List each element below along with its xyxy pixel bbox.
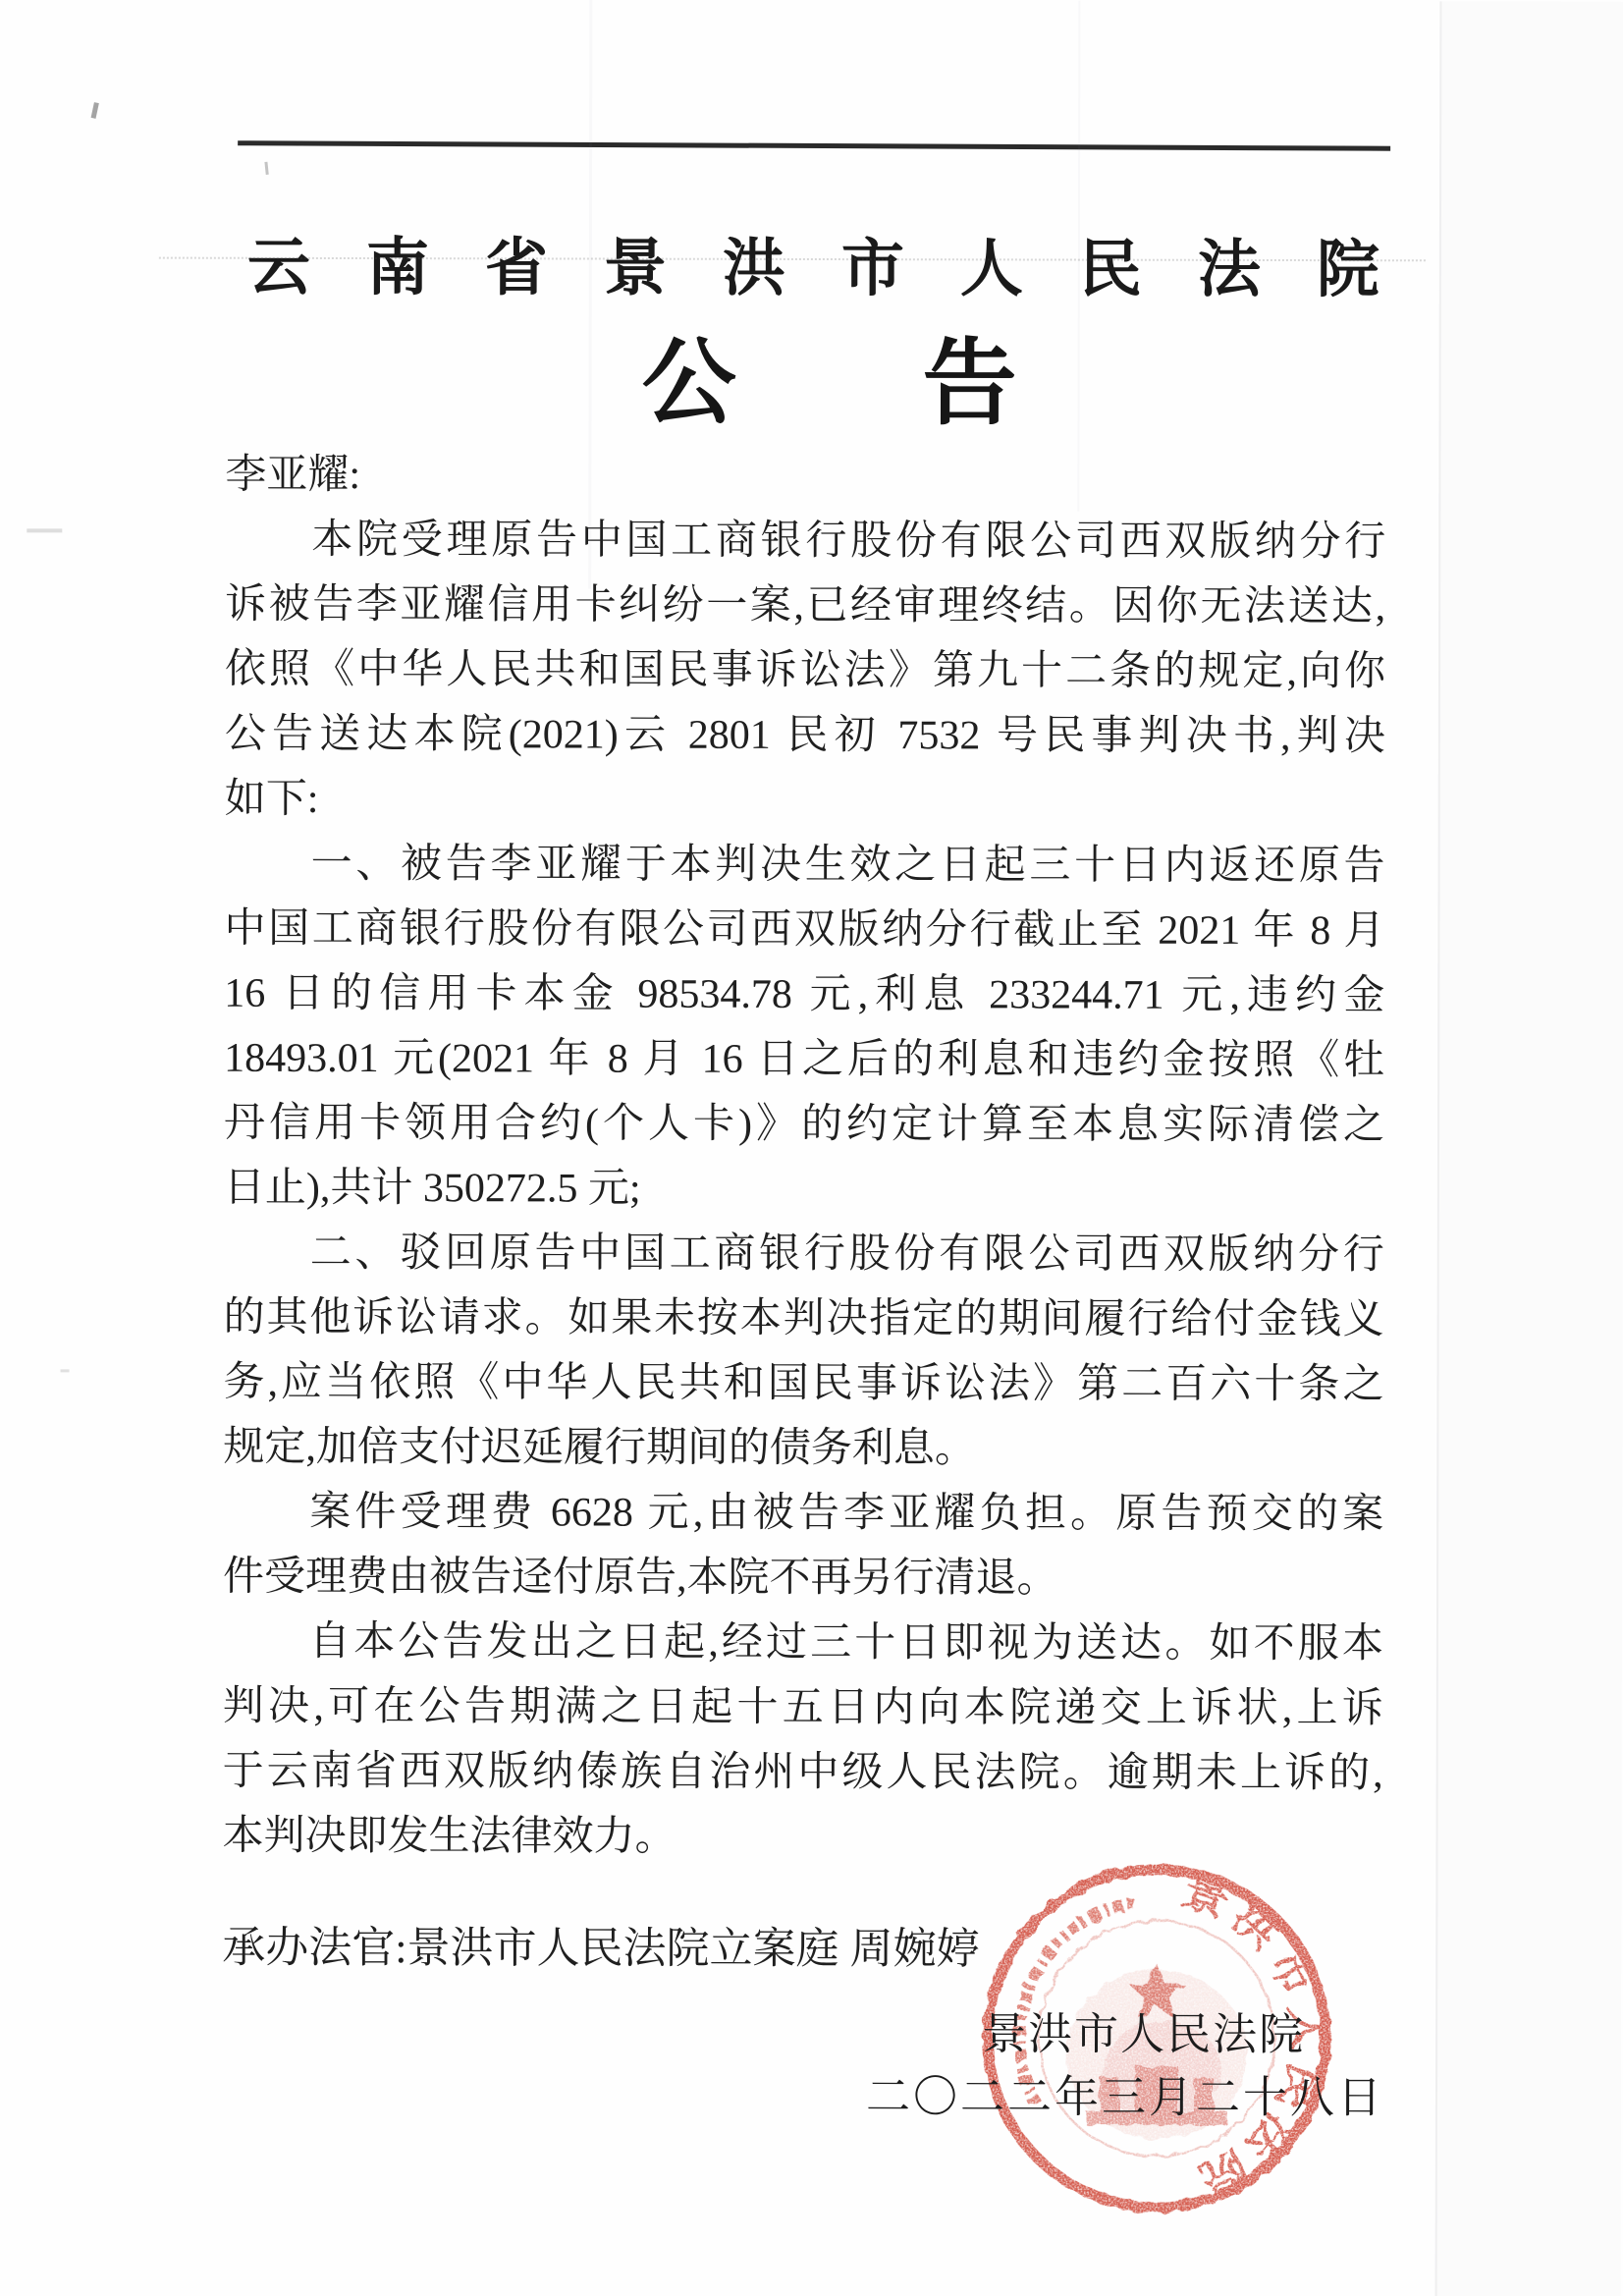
body-line: 依照《中华人民共和国民事诉讼法》第九十二条的规定,向你 — [225, 637, 1385, 704]
scan-artifact-speck — [27, 528, 62, 532]
header-rule — [238, 140, 1390, 151]
scan-artifact-page-edge — [1435, 1, 1442, 2296]
body-line: 务,应当依照《中华人民共和国民事诉讼法》第二百六十条之 — [223, 1350, 1383, 1417]
body-line: 的其他诉讼请求。如果未按本判决指定的期间履行给付金钱义 — [224, 1285, 1384, 1352]
body-line: 案件受理费 6628 元,由被告李亚耀负担。原告预交的案 — [223, 1480, 1383, 1547]
body-line: 件受理费由被告迳付原告,本院不再另行清退。 — [223, 1545, 1383, 1612]
body-line: 丹信用卡领用合约(个人卡)》的约定计算至本息实际清偿之 — [224, 1091, 1384, 1158]
notice-heading: 公告 — [642, 308, 1204, 444]
body-line: 18493.01 元(2021 年 8 月 16 日之后的利息和违约金按照《牡 — [224, 1026, 1384, 1093]
scan-artifact-edge-strip — [1437, 1, 1623, 2296]
body-line: 本判决即发生法律效力。 — [222, 1804, 1382, 1871]
judge-line: 承办法官:景洪市人民法院立案庭 周婉婷 — [222, 1912, 979, 1977]
document-content: 云南省景洪市人民法院 公告 李亚耀:本院受理原告中国工商银行股份有限公司西双版纳… — [0, 0, 1623, 2296]
page-background: 云南省景洪市人民法院 公告 李亚耀:本院受理原告中国工商银行股份有限公司西双版纳… — [0, 0, 1623, 2296]
body-line: 判决,可在公告期满之日起十五日内向本院递交上诉状,上诉 — [223, 1674, 1383, 1741]
court-title: 云南省景洪市人民法院 — [247, 217, 1435, 310]
body-line: 于云南省西双版纳傣族自治州中级人民法院。逾期未上诉的, — [223, 1739, 1383, 1806]
body-line: 规定,加倍支付迟延履行期间的债务利息。 — [223, 1415, 1383, 1482]
body-line: 二、驳回原告中国工商银行股份有限公司西双版纳分行 — [224, 1221, 1384, 1287]
body-line: 诉被告李亚耀信用卡纠纷一案,已经审理终结。因你无法送达, — [225, 573, 1385, 639]
body-line: 本院受理原告中国工商银行股份有限公司西双版纳分行 — [225, 508, 1385, 574]
body-line: 公告送达本院(2021)云 2801 民初 7532 号民事判决书,判决 — [225, 702, 1385, 769]
body: 李亚耀:本院受理原告中国工商银行股份有限公司西双版纳分行诉被告李亚耀信用卡纠纷一… — [222, 443, 1385, 1871]
signature-court-name: 景洪市人民法院 — [982, 1997, 1305, 2062]
scan-artifact-speck — [264, 162, 268, 175]
body-line: 一、被告李亚耀于本判决生效之日起三十日内返还原告 — [225, 832, 1385, 899]
body-line: 16 日的信用卡本金 98534.78 元,利息 233244.71 元,违约金 — [224, 961, 1384, 1028]
signature-date: 二〇二二年三月二十八日 — [866, 2060, 1384, 2125]
scan-artifact-speck — [91, 102, 99, 119]
body-line: 日止),共计 350272.5 元; — [224, 1156, 1384, 1223]
body-line: 李亚耀: — [225, 443, 1385, 510]
body-line: 中国工商银行股份有限公司西双版纳分行截止至 2021 年 8 月 — [224, 897, 1384, 963]
body-line: 如下: — [225, 767, 1385, 834]
body-line: 自本公告发出之日起,经过三十日即视为送达。如不服本 — [223, 1610, 1383, 1676]
scan-artifact-speck — [61, 1369, 70, 1372]
scanned-court-notice: { "document": { "court_title": "云南省景洪市人民… — [0, 0, 1623, 2296]
